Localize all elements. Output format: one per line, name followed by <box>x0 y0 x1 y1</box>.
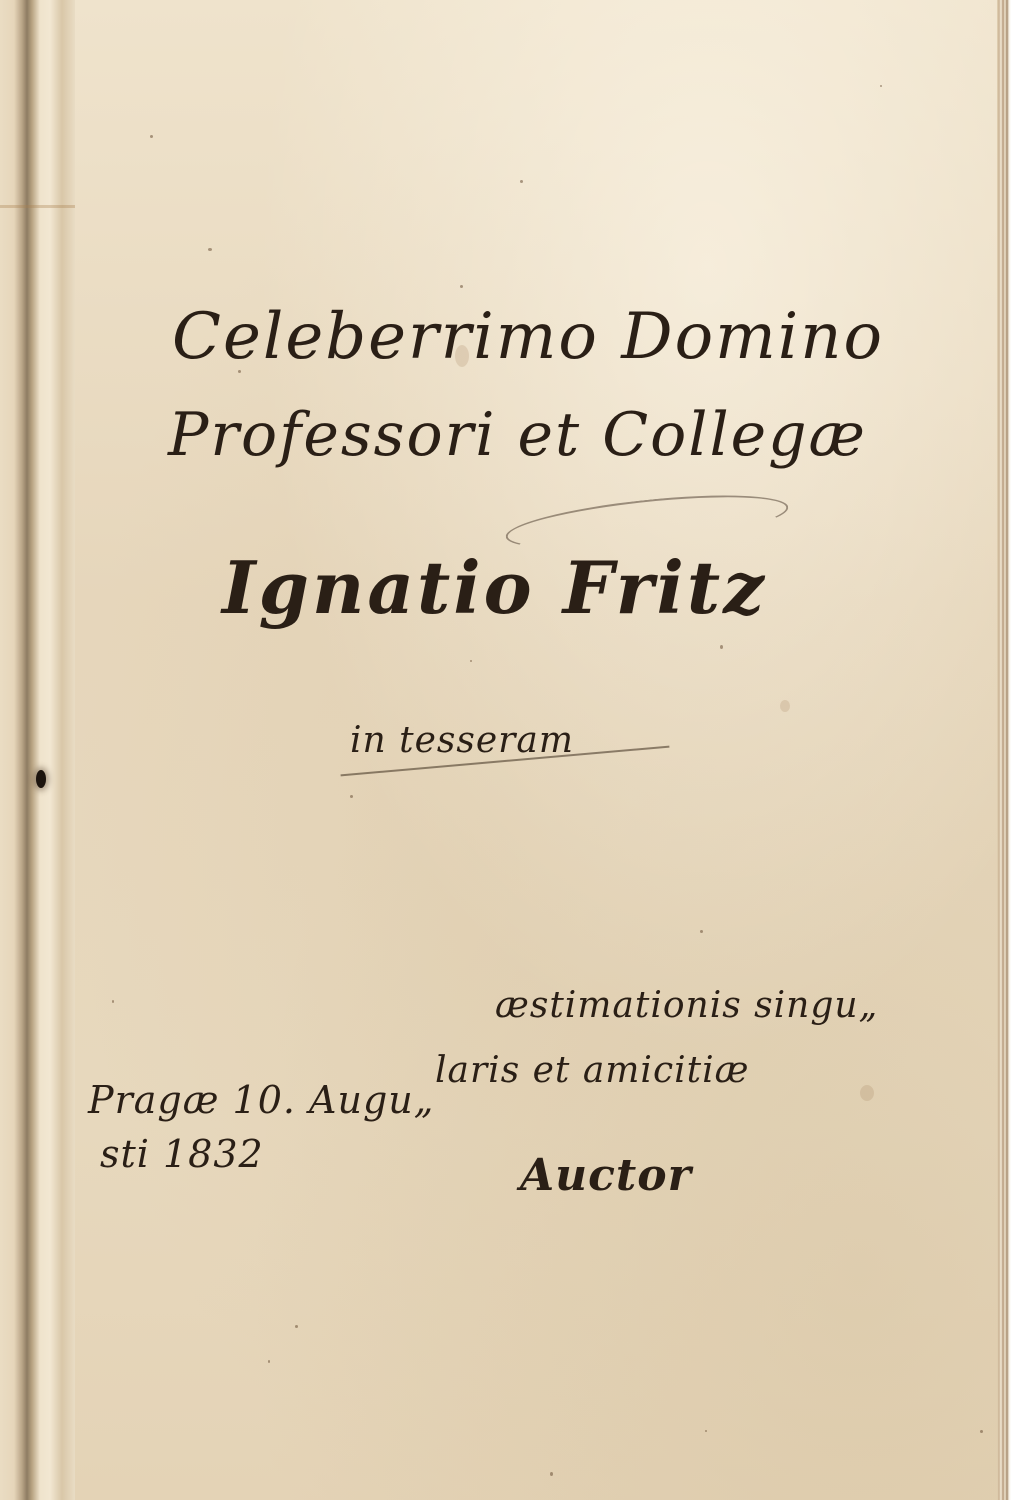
paper-speck <box>700 930 703 933</box>
age-stain <box>780 700 790 712</box>
salutation-line-2: Professori et Collegæ <box>168 400 867 470</box>
paper-speck <box>520 180 523 183</box>
paper-speck <box>470 660 472 662</box>
book-binding-gutter <box>0 0 75 1500</box>
paper-speck <box>705 1430 707 1432</box>
paper-speck <box>268 1360 270 1363</box>
manuscript-page: Celeberrimo Domino Professori et Collegæ… <box>0 0 1011 1500</box>
recipient-name: Ignatio Fritz <box>222 545 767 630</box>
paper-speck <box>720 645 723 649</box>
paper-speck <box>550 1472 553 1476</box>
place-date-line-2: sti 1832 <box>100 1132 264 1176</box>
binding-hole <box>36 770 46 788</box>
page-stack-edge <box>997 0 1011 1500</box>
author-signature: Auctor <box>520 1150 692 1201</box>
paper-speck <box>350 795 353 798</box>
paper-speck <box>460 285 463 288</box>
paper-speck <box>295 1325 298 1328</box>
fold-crease <box>0 205 75 208</box>
dedication-phrase: in tesseram <box>350 720 574 761</box>
sentiment-line-2: laris et amicitiæ <box>435 1050 749 1091</box>
paper-speck <box>150 135 153 138</box>
paper-speck <box>112 1000 114 1003</box>
salutation-line-1: Celeberrimo Domino <box>172 300 884 374</box>
place-date-line-1: Pragæ 10. Augu„ <box>88 1078 434 1122</box>
age-stain <box>860 1085 874 1101</box>
paper-speck <box>208 248 212 251</box>
paper-speck <box>880 85 882 87</box>
paper-speck <box>980 1430 983 1433</box>
sentiment-line-1: æstimationis singu„ <box>495 985 878 1026</box>
